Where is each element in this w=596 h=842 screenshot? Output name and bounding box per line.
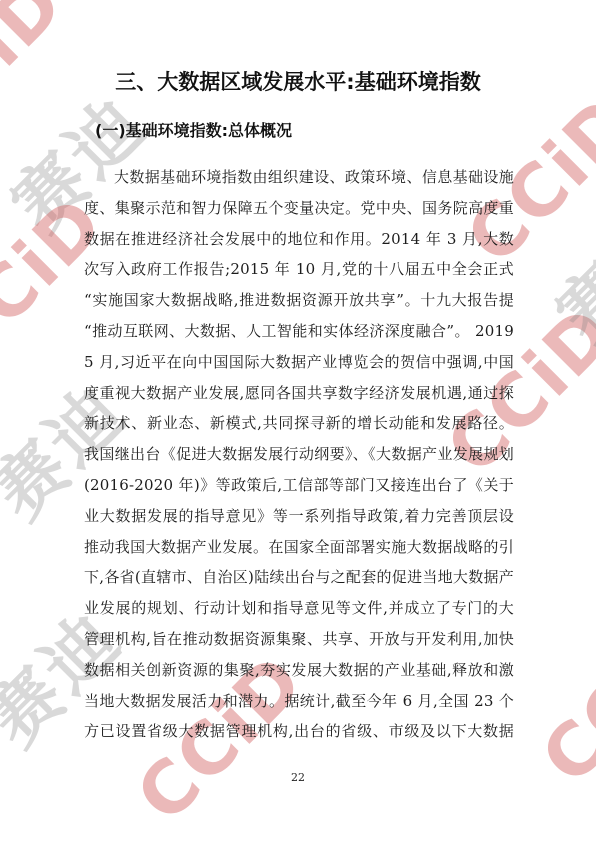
- body-line: (2016-2020 年)》等政策后,工信部等部门又接连出台了《关于工: [84, 470, 514, 501]
- body-line: 方已设置省级大数据管理机构,出台的省级、市级及以下大数据相关: [84, 716, 514, 747]
- body-line: “实施国家大数据战略,推进数据资源开放共享”。十九大报告提出,: [84, 285, 514, 316]
- document-page: CCiD 赛迪 CCiD 赛迪 赛迪 CCiD CCiD CCiD CCiD 赛…: [0, 0, 596, 842]
- body-line: 度、集聚示范和智力保障五个变量决定。党中央、国务院高度重视大: [84, 193, 514, 224]
- body-line: 推动我国大数据产业发展。在国家全面部署实施大数据战略的引领: [84, 532, 514, 563]
- body-line: 当地大数据发展活力和潜力。据统计,截至今年 6 月,全国 23 个地: [84, 686, 514, 717]
- body-line: 大数据基础环境指数由组织建设、政策环境、信息基础设施就绪: [84, 162, 514, 193]
- body-line: 次写入政府工作报告;2015 年 10 月,党的十八届五中全会正式提出: [84, 254, 514, 285]
- body-paragraph: 大数据基础环境指数由组织建设、政策环境、信息基础设施就绪 度、集聚示范和智力保障…: [84, 162, 514, 747]
- body-line: 度重视大数据产业发展,愿同各国共享数字经济发展机遇,通过探索: [84, 378, 514, 409]
- page-content: 三、大数据区域发展水平:基础环境指数 (一)基础环境指数:总体概况 大数据基础环…: [0, 0, 596, 842]
- body-line: 业发展的规划、行动计划和指导意见等文件,并成立了专门的大数据: [84, 593, 514, 624]
- body-line: 5 月,习近平在向中国国际大数据产业博览会的贺信中强调,中国高: [84, 347, 514, 378]
- body-line: “推动互联网、大数据、人工智能和实体经济深度融合”。 2019 年: [84, 316, 514, 347]
- body-line: 新技术、新业态、新模式,共同探寻新的增长动能和发展路径。此外,: [84, 408, 514, 439]
- body-line: 下,各省(直辖市、自治区)陆续出台与之配套的促进当地大数据产: [84, 562, 514, 593]
- body-line: 数据在推进经济社会发展中的地位和作用。2014 年 3 月,大数据首: [84, 224, 514, 255]
- chapter-title: 三、大数据区域发展水平:基础环境指数: [0, 70, 596, 94]
- body-line: 数据相关创新资源的集聚,夯实发展大数据的产业基础,释放和激发: [84, 655, 514, 686]
- section-heading: (一)基础环境指数:总体概况: [95, 121, 292, 141]
- body-line: 业大数据发展的指导意见》等一系列指导政策,着力完善顶层设计,: [84, 501, 514, 532]
- body-line: 我国继出台《促进大数据发展行动纲要》、《大数据产业发展规划: [84, 439, 514, 470]
- page-number: 22: [0, 771, 596, 784]
- body-line: 管理机构,旨在推动数据资源集聚、共享、开放与开发利用,加快大: [84, 624, 514, 655]
